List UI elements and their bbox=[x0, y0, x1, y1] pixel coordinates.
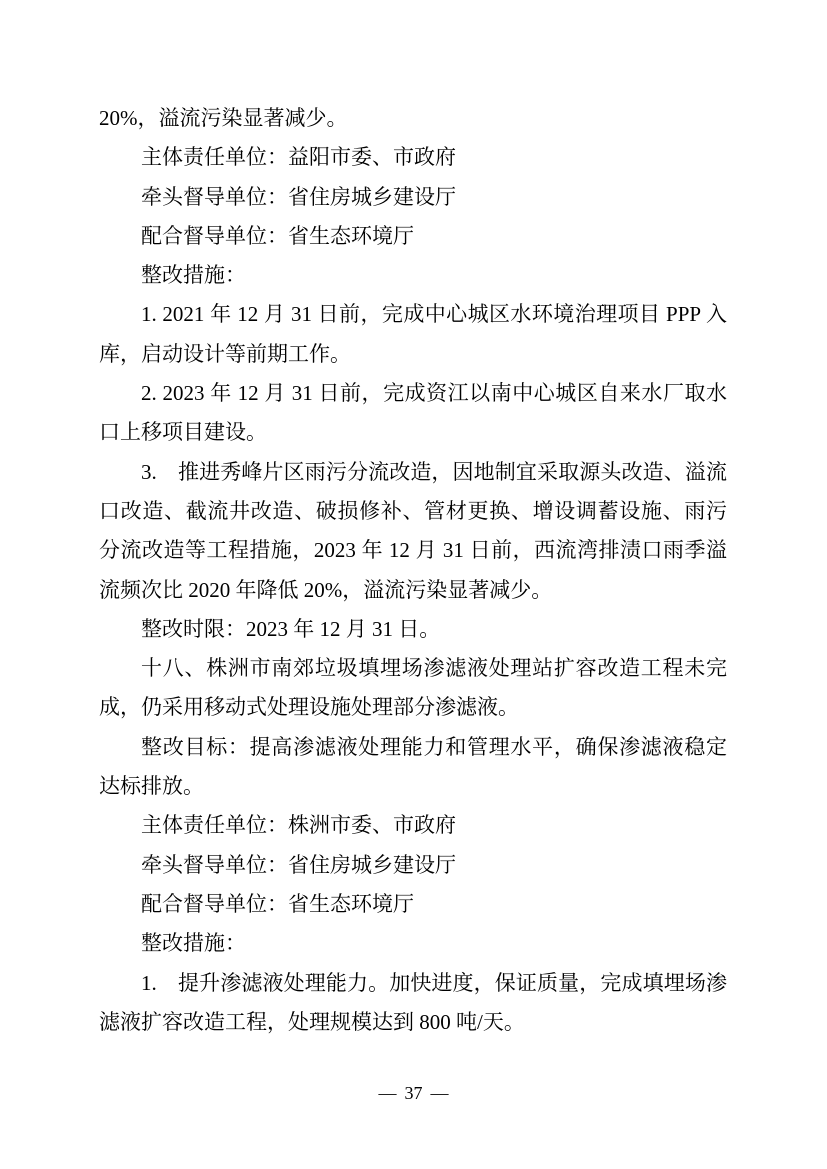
document-page: 20%，溢流污染显著减少。 主体责任单位：益阳市委、市政府 牵头督导单位：省住房… bbox=[0, 0, 827, 1169]
section-heading-item-18: 十八、株洲市南郊垃圾填埋场渗滤液处理站扩容改造工程未完成，仍采用移动式处理设施处… bbox=[99, 649, 727, 728]
line-cooperating-unit-2: 配合督导单位：省生态环境厅 bbox=[99, 885, 727, 924]
line-responsible-unit-zhuzhou: 主体责任单位：株洲市委、市政府 bbox=[99, 806, 727, 845]
footer-dash-left: — bbox=[371, 1083, 405, 1103]
measure-item-1-2: 2. 2023 年 12 月 31 日前，完成资江以南中心城区自来水厂取水口上移… bbox=[99, 374, 727, 453]
footer-dash-right: — bbox=[423, 1083, 457, 1103]
line-responsible-unit-yiyang: 主体责任单位：益阳市委、市政府 bbox=[99, 138, 727, 177]
line-lead-supervision-unit-2: 牵头督导单位：省住房城乡建设厅 bbox=[99, 846, 727, 885]
line-rectification-measures-label-1: 整改措施： bbox=[99, 256, 727, 295]
measure-item-2-1: 1. 提升渗滤液处理能力。加快进度，保证质量，完成填埋场渗滤液扩容改造工程，处理… bbox=[99, 964, 727, 1043]
line-rectification-goal: 整改目标：提高渗滤液处理能力和管理水平，确保渗滤液稳定达标排放。 bbox=[99, 728, 727, 807]
measure-item-1-3: 3. 推进秀峰片区雨污分流改造，因地制宜采取源头改造、溢流口改造、截流井改造、破… bbox=[99, 453, 727, 610]
line-lead-supervision-unit-1: 牵头督导单位：省住房城乡建设厅 bbox=[99, 178, 727, 217]
page-number: 37 bbox=[405, 1083, 423, 1103]
document-text: 20%，溢流污染显著减少。 主体责任单位：益阳市委、市政府 牵头督导单位：省住房… bbox=[99, 99, 727, 1042]
line-rectification-measures-label-2: 整改措施： bbox=[99, 924, 727, 963]
page-footer: —37— bbox=[0, 1080, 827, 1106]
line-cooperating-unit-1: 配合督导单位：省生态环境厅 bbox=[99, 217, 727, 256]
paragraph-overflow-continuation: 20%，溢流污染显著减少。 bbox=[99, 99, 727, 138]
measure-item-1-1: 1. 2021 年 12 月 31 日前，完成中心城区水环境治理项目 PPP 入… bbox=[99, 295, 727, 374]
line-rectification-deadline: 整改时限：2023 年 12 月 31 日。 bbox=[99, 610, 727, 649]
